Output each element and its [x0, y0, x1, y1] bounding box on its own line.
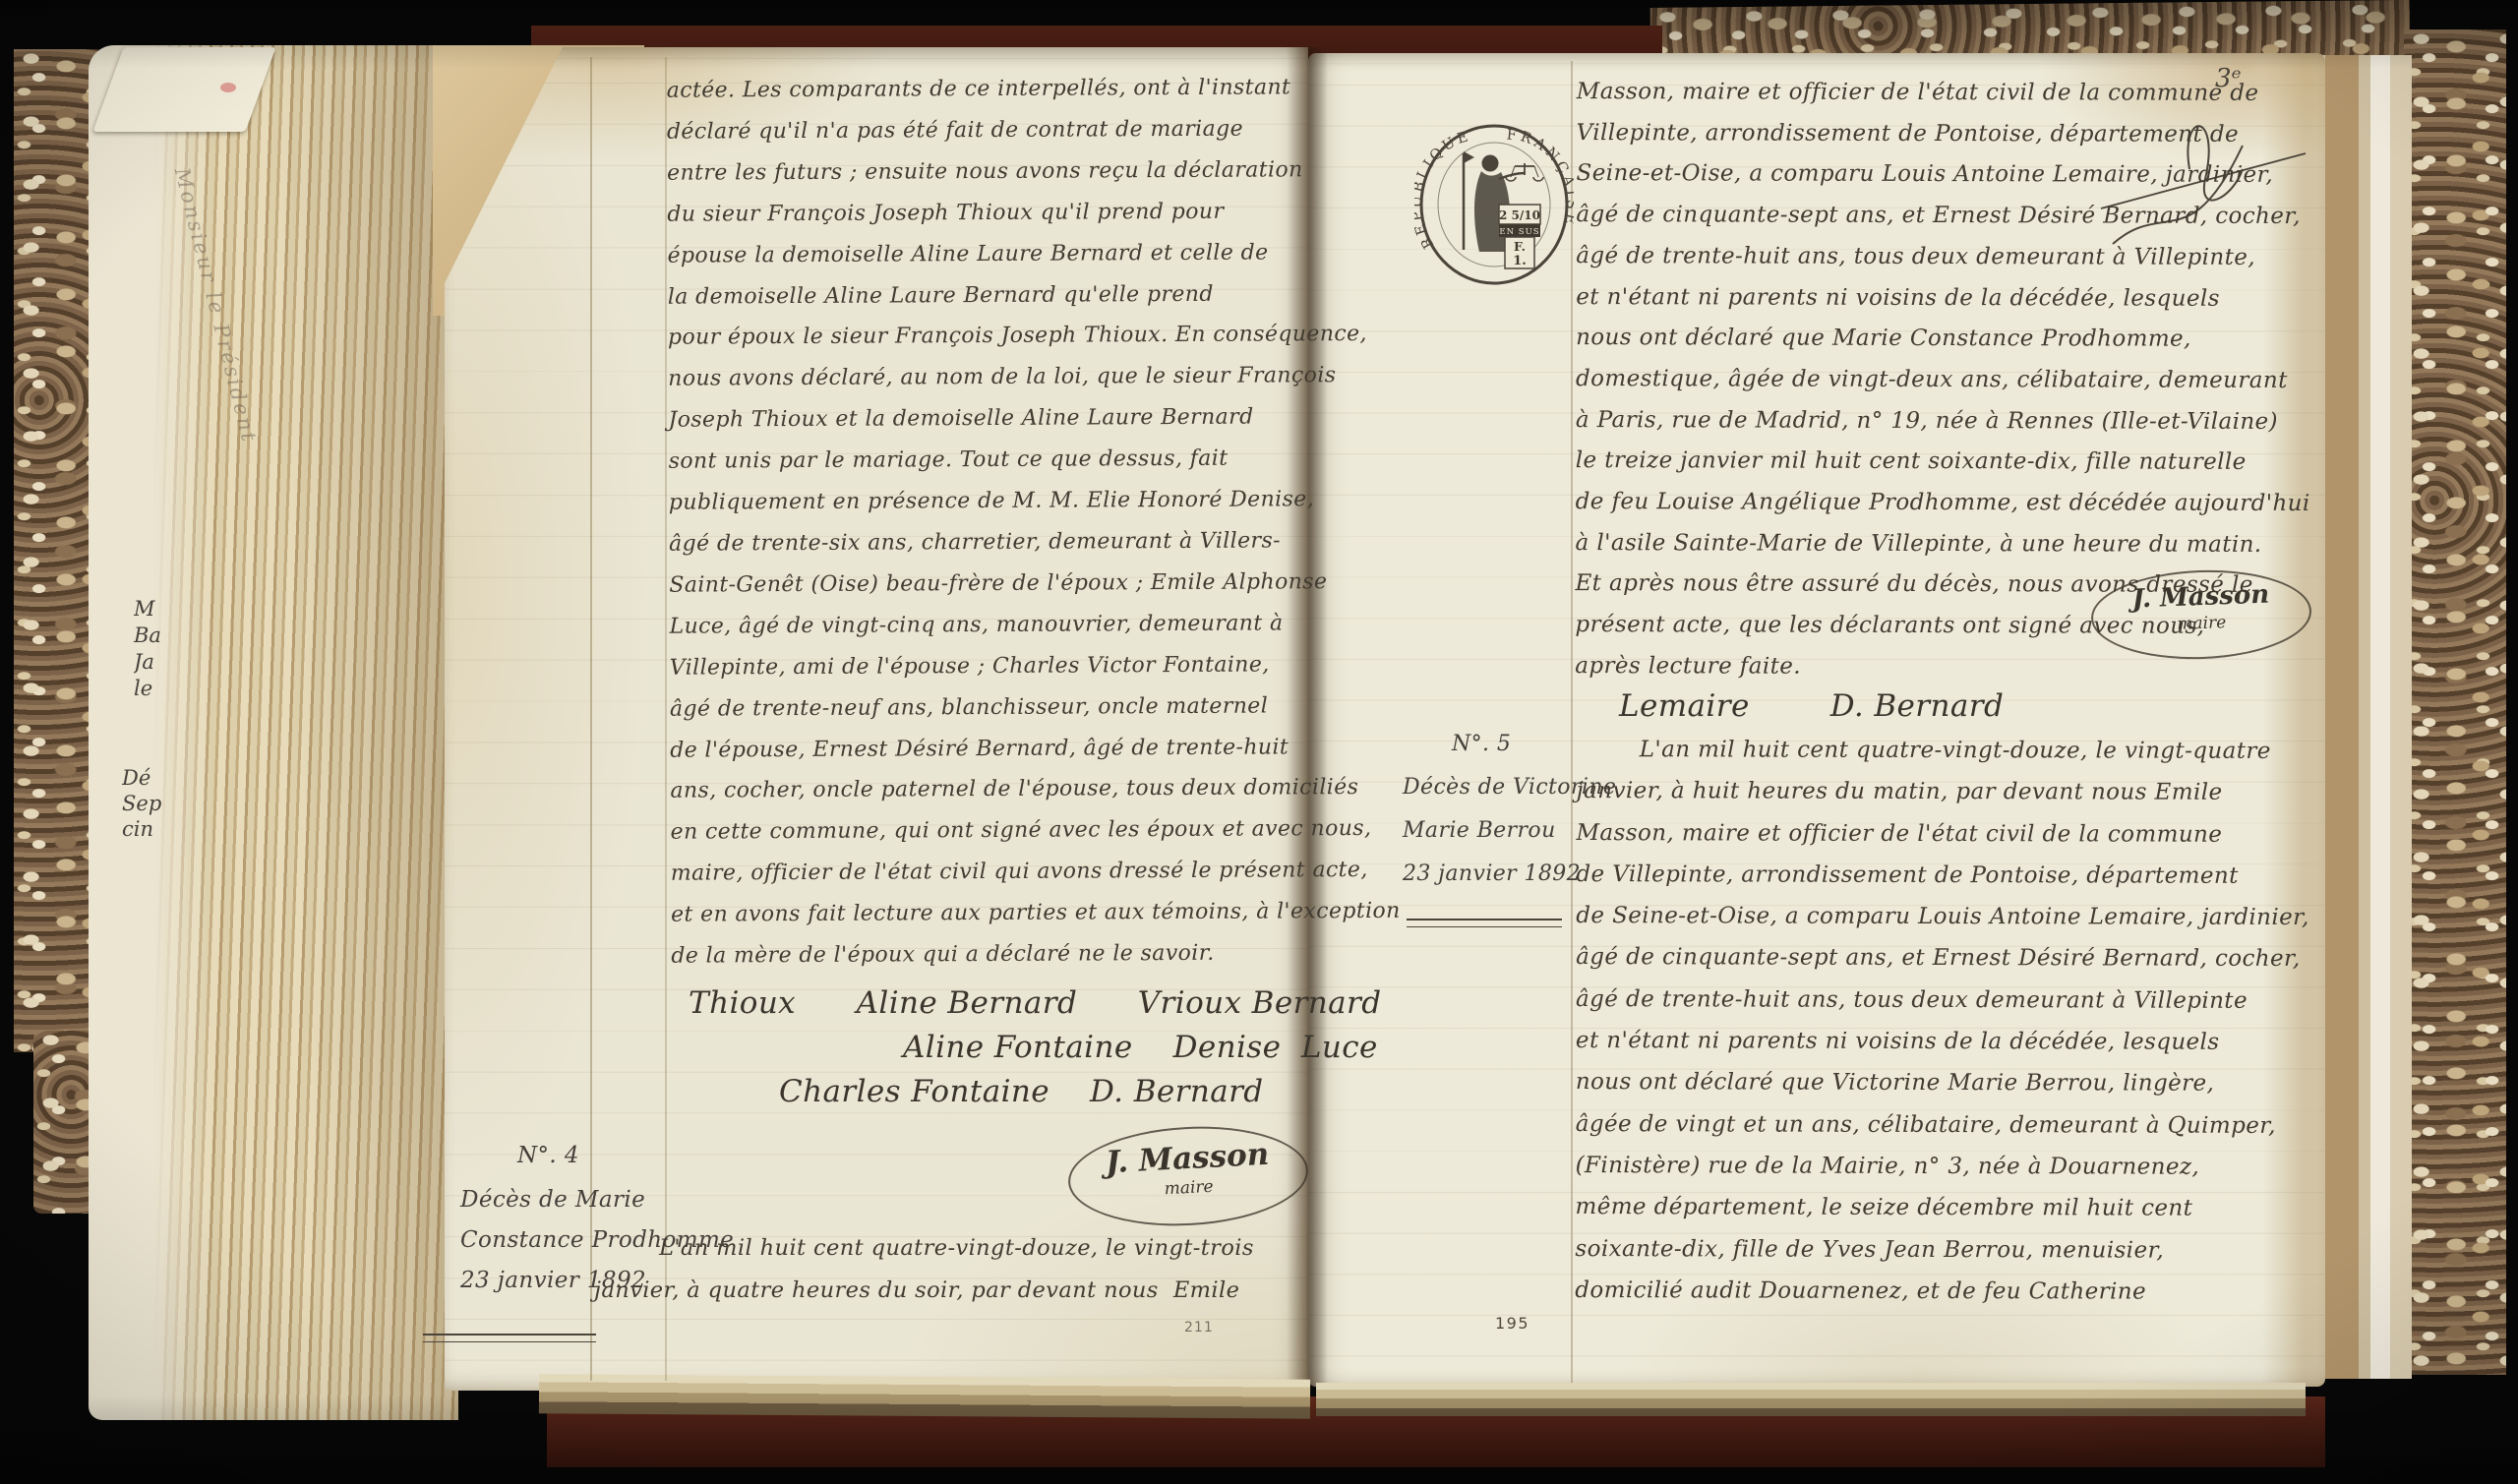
- handwritten-line: Sep: [122, 791, 167, 816]
- handwritten-line: et n'étant ni parents ni voisins de la d…: [1576, 277, 2276, 321]
- loose-paper-sliver: [92, 47, 275, 132]
- handwritten-line: Joseph Thioux et la demoiselle Aline Lau…: [668, 397, 1305, 442]
- mayor-signature: J. Masson: [2092, 578, 2309, 616]
- handwritten-line: la demoiselle Aline Laure Bernard qu'ell…: [668, 273, 1305, 318]
- page-bottom-edges-left: [539, 1374, 1310, 1418]
- stamp-value-mid: EN SUS: [1499, 227, 1539, 237]
- handwritten-line: publiquement en présence de M. M. Elie H…: [669, 479, 1306, 523]
- handwritten-line: Ba: [134, 623, 177, 649]
- handwritten-line: de l'épouse, Ernest Désiré Bernard, âgé …: [670, 727, 1307, 771]
- handwritten-line: âgé de trente-huit ans, tous deux demeur…: [1576, 979, 2294, 1022]
- handwritten-line: (Finistère) rue de la Mairie, n° 3, née …: [1576, 1145, 2294, 1188]
- handwritten-line: Luce, âgé de vingt-cinq ans, manouvrier,…: [669, 603, 1306, 647]
- handwritten-line: domicilié audit Douarnenez, et de feu Ca…: [1575, 1270, 2293, 1313]
- handwritten-line: Charles Fontaine D. Bernard: [779, 1070, 1382, 1114]
- pencil-page-number-left: 211: [1184, 1320, 1214, 1336]
- handwritten-line: Décès de Victorine: [1403, 766, 1599, 809]
- margin-note-lines: Décès de VictorineMarie Berrou23 janvier…: [1403, 766, 1599, 896]
- death-act-5-text-block: L'an mil huit cent quatre-vingt-douze, l…: [1575, 729, 2295, 1313]
- marriage-act-text-block: actée. Les comparants de ce interpellés,…: [667, 67, 1309, 977]
- handwritten-line: à l'asile Sainte-Marie de Villepinte, à …: [1576, 523, 2276, 566]
- handwritten-line: Thioux Aline Bernard Vrioux Bernard: [689, 981, 1382, 1026]
- handwritten-line: du sieur François Joseph Thioux qu'il pr…: [667, 191, 1304, 235]
- page-bottom-edges-right: [1316, 1383, 2306, 1416]
- handwritten-line: Dé: [122, 765, 167, 791]
- handwritten-line: janvier, à quatre heures du soir, par de…: [594, 1270, 1312, 1312]
- handwritten-line: âgé de trente-huit ans, tous deux demeur…: [1576, 236, 2276, 279]
- handwritten-line: épouse la demoiselle Aline Laure Bernard…: [667, 232, 1304, 276]
- pink-paper-mark: [220, 83, 236, 92]
- handwritten-line: ans, cocher, oncle paternel de l'épouse,…: [670, 768, 1307, 812]
- handwritten-line: L'an mil huit cent quatre-vingt-douze, l…: [1577, 729, 2295, 772]
- handwritten-line: âgé de cinquante-sept ans, et Ernest Dés…: [1576, 937, 2294, 980]
- death-act-4-signatures: Lemaire D. Bernard: [1619, 688, 2004, 724]
- margin-divider-rule-left: [423, 1334, 596, 1342]
- handwritten-line: âgée de vingt et un ans, célibataire, de…: [1576, 1103, 2294, 1147]
- marbled-board-right: [2404, 30, 2506, 1375]
- handwritten-line: soixante-dix, fille de Yves Jean Berrou,…: [1575, 1228, 2293, 1272]
- handwritten-line: en cette commune, qui ont signé avec les…: [671, 809, 1308, 854]
- handwritten-line: nous ont déclaré que Victorine Marie Ber…: [1576, 1061, 2294, 1104]
- handwritten-line: de la mère de l'époux qui a déclaré ne l…: [671, 932, 1308, 977]
- handwritten-line: Seine-et-Oise, a comparu Louis Antoine L…: [1576, 153, 2276, 197]
- stamp-value-box: 2 5/10 EN SUS F. 1.: [1499, 205, 1540, 268]
- handwritten-line: L'an mil huit cent quatre-vingt-douze, l…: [594, 1227, 1312, 1270]
- handwritten-line: Masson, maire et officier de l'état civi…: [1576, 812, 2294, 856]
- margin-note-act-5: N°. 5 Décès de VictorineMarie Berrou23 j…: [1403, 732, 1599, 896]
- handwritten-line: de Villepinte, arrondissement de Pontois…: [1576, 854, 2294, 897]
- handwritten-line: Décès de Marie: [460, 1180, 652, 1220]
- handwritten-line: âgé de cinquante-sept ans, et Ernest Dés…: [1576, 195, 2276, 238]
- handwritten-line: domestique, âgée de vingt-deux ans, céli…: [1576, 359, 2276, 402]
- handwritten-line: pour époux le sieur François Joseph Thio…: [668, 315, 1305, 359]
- handwritten-line: Villepinte, arrondissement de Pontoise, …: [1577, 113, 2277, 156]
- handwritten-line: nous ont déclaré que Marie Constance Pro…: [1576, 318, 2276, 361]
- act-number: N°. 4: [517, 1143, 652, 1168]
- marbled-board-left: [14, 49, 98, 1052]
- handwritten-line: de Seine-et-Oise, a comparu Louis Antoin…: [1576, 895, 2294, 938]
- photo-of-open-register-book: Monsieur le Président actée. Les compara…: [0, 0, 2518, 1484]
- handwritten-line: même département, le seize décembre mil …: [1575, 1186, 2293, 1229]
- handwritten-line: 23 janvier 1892: [1403, 853, 1599, 896]
- stamp-value-one: 1.: [1513, 254, 1527, 268]
- handwritten-line: M: [134, 596, 177, 623]
- handwritten-line: janvier, à huit heures du matin, par dev…: [1577, 770, 2295, 813]
- pencil-page-number-right: 195: [1495, 1314, 1529, 1333]
- handwritten-line: nous avons déclaré, au nom de la loi, qu…: [668, 356, 1305, 400]
- handwritten-line: Masson, maire et officier de l'état civi…: [1577, 72, 2277, 115]
- handwritten-line: le treize janvier mil huit cent soixante…: [1576, 441, 2276, 484]
- handwritten-line: Villepinte, ami de l'épouse ; Charles Vi…: [670, 644, 1307, 688]
- left-page-margin-rule-2: [665, 57, 667, 1381]
- handwritten-line: et n'étant ni parents ni voisins de la d…: [1576, 1020, 2294, 1063]
- revenue-stamp-icon: RÉPUBLIQUE FRANÇAISE 2 5/10 EN SUS F. 1.: [1414, 120, 1574, 289]
- handwritten-line: Saint-Genêt (Oise) beau-frère de l'époux…: [669, 562, 1306, 606]
- handwritten-line: à Paris, rue de Madrid, n° 19, née à Ren…: [1576, 400, 2276, 444]
- handwritten-line: âgé de trente-six ans, charretier, demeu…: [669, 520, 1306, 564]
- edge-text-fragment-upper: MBaJale: [134, 596, 177, 702]
- handwritten-line: de feu Louise Angélique Prodhomme, est d…: [1576, 482, 2276, 525]
- page-edge-stack-left: [89, 45, 458, 1420]
- margin-divider-rule-right: [1407, 919, 1562, 927]
- stamp-value-franc: F.: [1514, 239, 1526, 254]
- handwritten-line: actée. Les comparants de ce interpellés,…: [667, 67, 1304, 111]
- handwritten-line: âgé de trente-neuf ans, blanchisseur, on…: [670, 685, 1307, 730]
- handwritten-line: et en avons fait lecture aux parties et …: [671, 891, 1308, 935]
- handwritten-line: le: [134, 676, 177, 702]
- handwritten-line: déclaré qu'il n'a pas été fait de contra…: [667, 108, 1304, 152]
- edge-text-fragment-lower: DéSepcin: [122, 765, 167, 842]
- handwritten-line: maire, officier de l'état civil qui avon…: [671, 851, 1308, 895]
- next-act-opening-lines: L'an mil huit cent quatre-vingt-douze, l…: [594, 1227, 1312, 1312]
- handwritten-line: sont unis par le mariage. Tout ce que de…: [669, 438, 1306, 482]
- page-edge-stack-right: [2313, 55, 2412, 1379]
- handwritten-line: cin: [122, 816, 167, 842]
- marriage-act-signatures: Thioux Aline Bernard Vrioux BernardAline…: [689, 981, 1382, 1114]
- handwritten-line: Marie Berrou: [1403, 809, 1599, 853]
- stamp-value-top: 2 5/10: [1499, 208, 1540, 222]
- handwritten-line: Ja: [134, 649, 177, 676]
- handwritten-line: Aline Fontaine Denise Luce: [903, 1026, 1382, 1070]
- handwritten-line: entre les futurs ; ensuite nous avons re…: [667, 149, 1304, 194]
